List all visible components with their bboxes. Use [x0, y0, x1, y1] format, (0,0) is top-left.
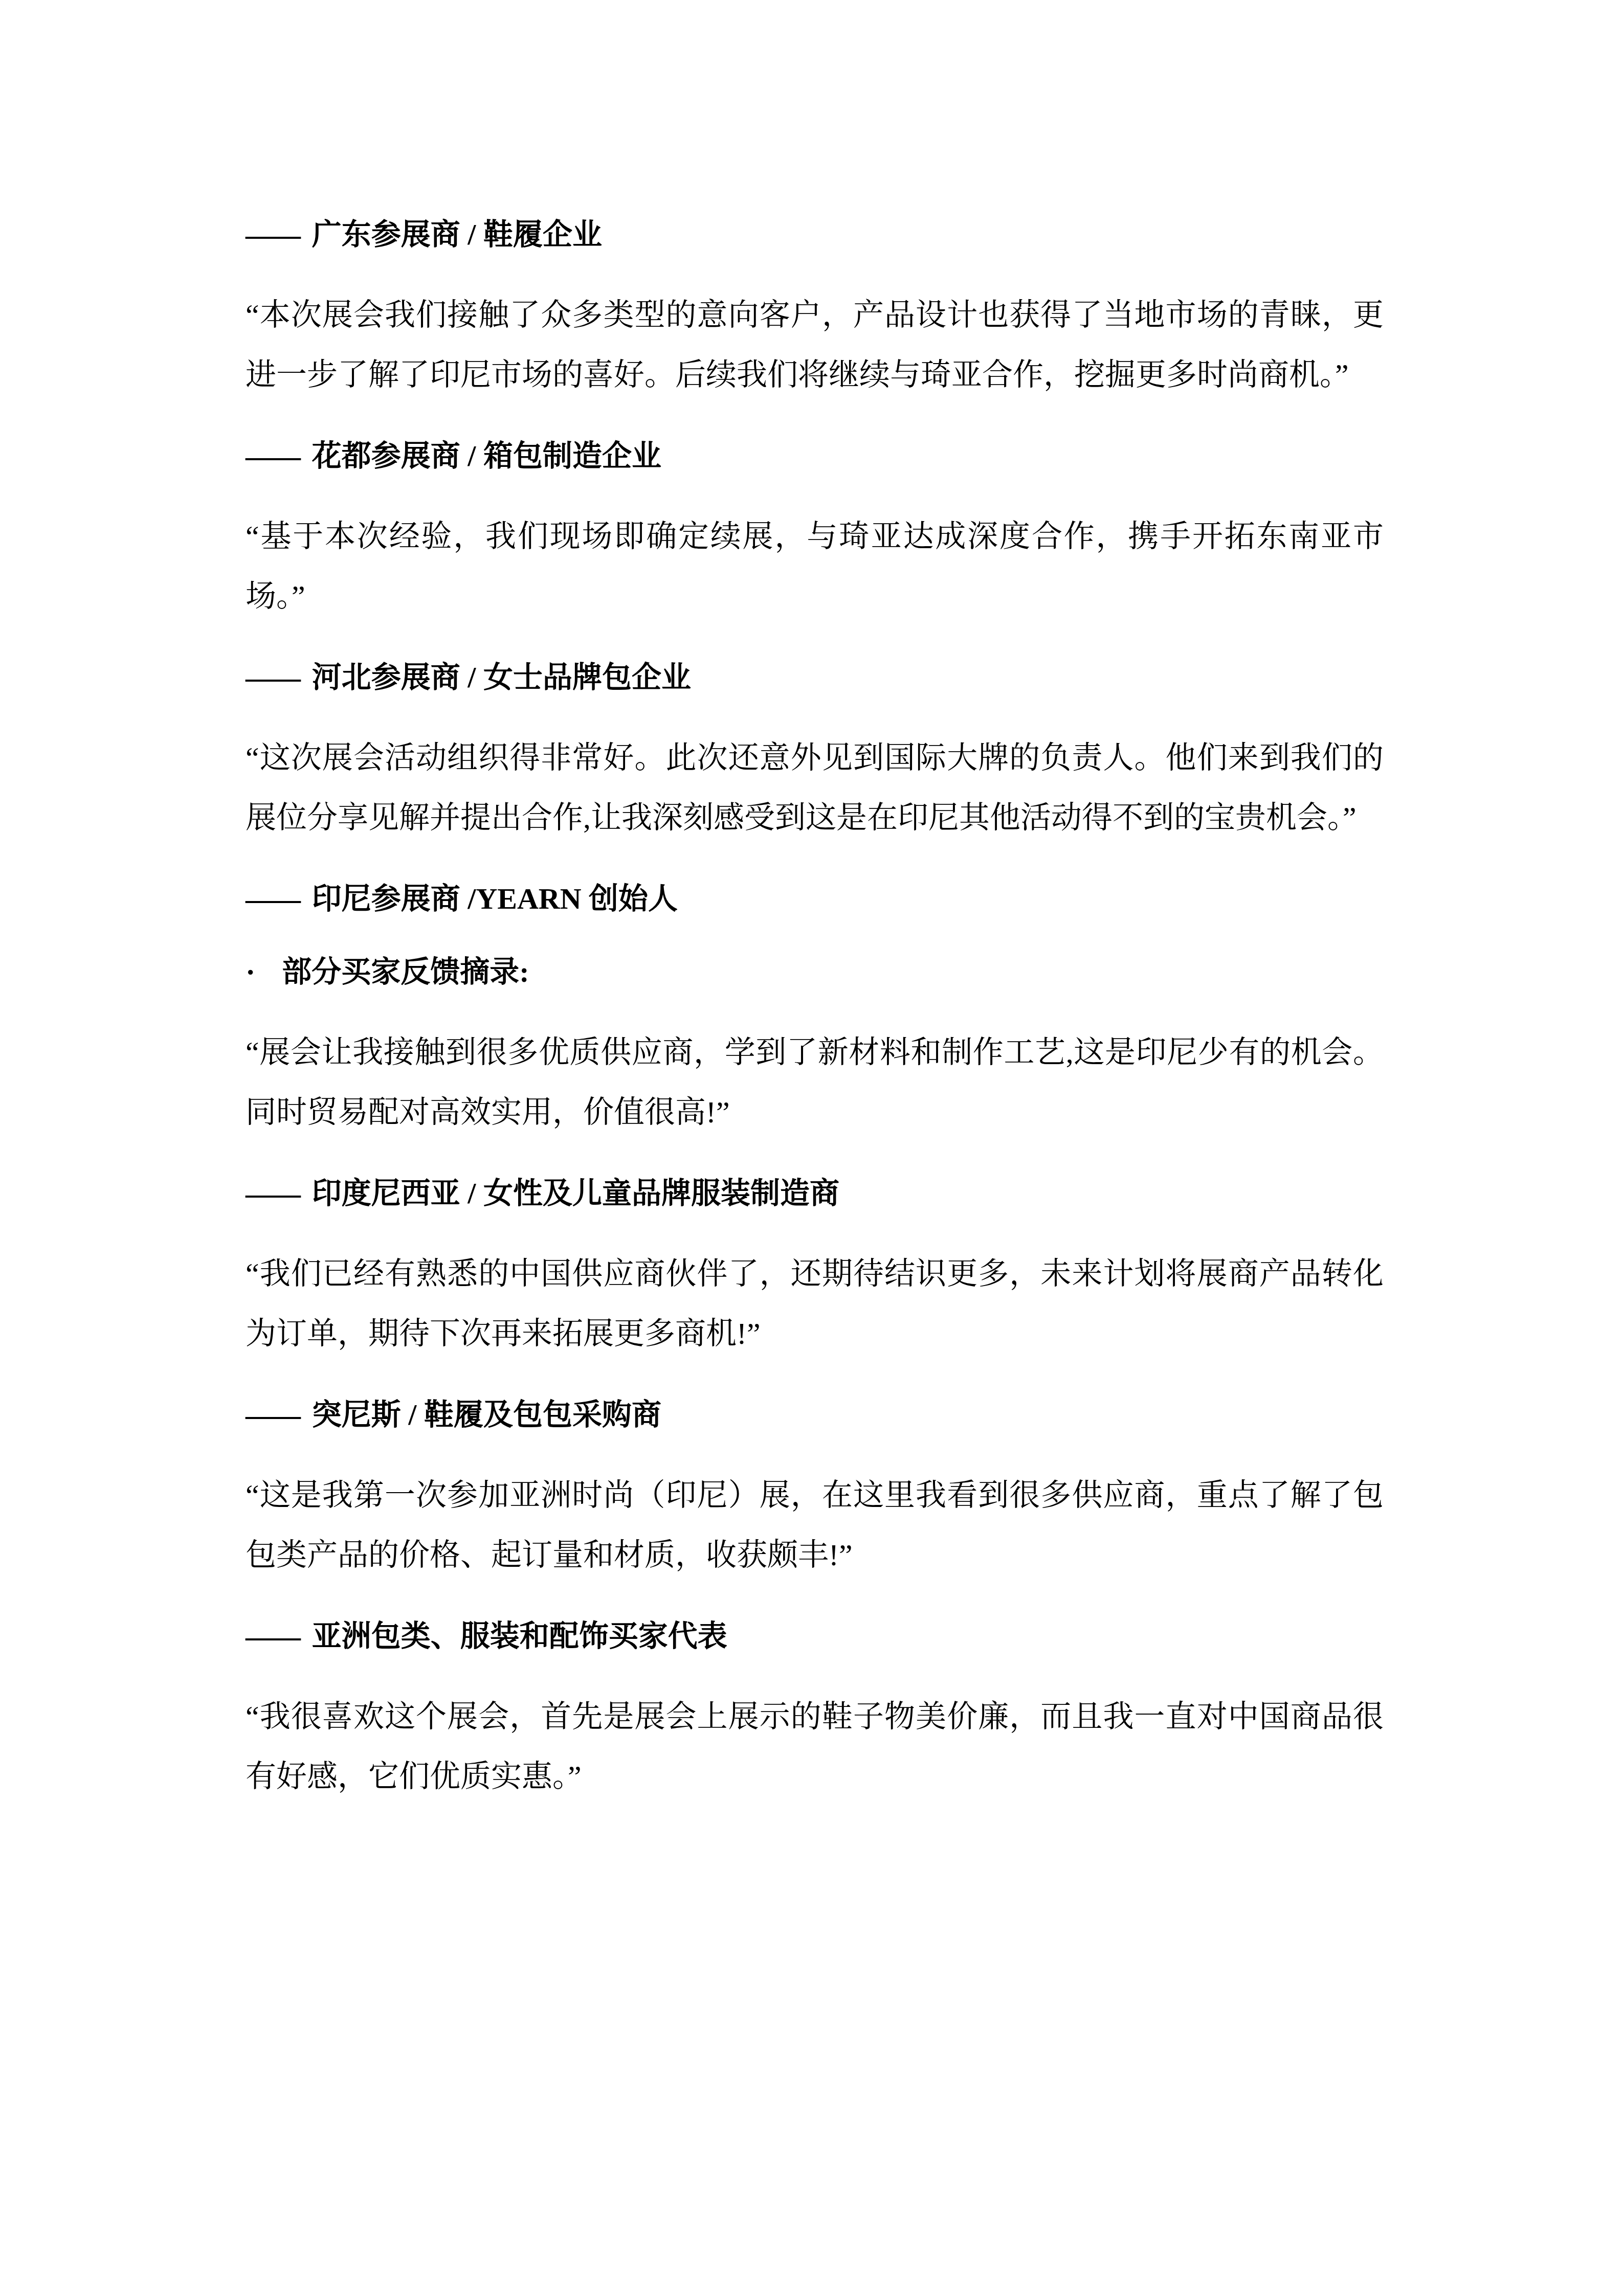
- attribution-text: 印尼参展商 /YEARN 创始人: [312, 882, 678, 915]
- attribution-line: ——亚洲包类、服装和配饰买家代表: [246, 1614, 1384, 1658]
- em-dash: ——: [246, 434, 297, 478]
- attribution-text: 河北参展商 / 女士品牌包企业: [312, 661, 691, 694]
- em-dash: ——: [246, 1614, 297, 1658]
- attribution-text: 广东参展商 / 鞋履企业: [312, 218, 602, 251]
- em-dash: ——: [246, 655, 297, 700]
- quote-paragraph: “这是我第一次参加亚洲时尚（印尼）展，在这里我看到很多供应商，重点了解了包包类产…: [246, 1466, 1384, 1585]
- quote-paragraph: “本次展会我们接触了众多类型的意向客户，产品设计也获得了当地市场的青睐，更进一步…: [246, 285, 1384, 405]
- attribution-line: ——广东参展商 / 鞋履企业: [246, 212, 1384, 257]
- attribution-line: ——花都参展商 / 箱包制造企业: [246, 434, 1384, 478]
- quote-paragraph: “基于本次经验，我们现场即确定续展，与琦亚达成深度合作，携手开拓东南亚市场。”: [246, 507, 1384, 626]
- em-dash: ——: [246, 1171, 297, 1215]
- quote-paragraph: “展会让我接触到很多优质供应商，学到了新材料和制作工艺,这是印尼少有的机会。同时…: [246, 1023, 1384, 1142]
- em-dash: ——: [246, 212, 297, 257]
- em-dash: ——: [246, 1392, 297, 1437]
- quote-paragraph: “我们已经有熟悉的中国供应商伙伴了，还期待结识更多，未来计划将展商产品转化为订单…: [246, 1244, 1384, 1364]
- bullet-dot-icon: ·: [246, 950, 255, 994]
- attribution-line: ——印尼参展商 /YEARN 创始人: [246, 876, 1384, 921]
- bullet-heading: ·部分买家反馈摘录:: [246, 950, 1384, 994]
- em-dash: ——: [246, 876, 297, 921]
- quote-paragraph: “我很喜欢这个展会，首先是展会上展示的鞋子物美价廉，而且我一直对中国商品很有好感…: [246, 1687, 1384, 1807]
- attribution-line: ——突尼斯 / 鞋履及包包采购商: [246, 1392, 1384, 1437]
- attribution-text: 印度尼西亚 / 女性及儿童品牌服装制造商: [312, 1177, 839, 1210]
- attribution-text: 亚洲包类、服装和配饰买家代表: [312, 1619, 727, 1653]
- bullet-heading-text: 部分买家反馈摘录:: [282, 955, 529, 988]
- attribution-text: 突尼斯 / 鞋履及包包采购商: [312, 1398, 661, 1431]
- attribution-line: ——河北参展商 / 女士品牌包企业: [246, 655, 1384, 700]
- document-page: ——广东参展商 / 鞋履企业 “本次展会我们接触了众多类型的意向客户，产品设计也…: [0, 0, 1624, 2296]
- attribution-line: ——印度尼西亚 / 女性及儿童品牌服装制造商: [246, 1171, 1384, 1215]
- attribution-text: 花都参展商 / 箱包制造企业: [312, 439, 661, 472]
- quote-paragraph: “这次展会活动组织得非常好。此次还意外见到国际大牌的负责人。他们来到我们的展位分…: [246, 728, 1384, 848]
